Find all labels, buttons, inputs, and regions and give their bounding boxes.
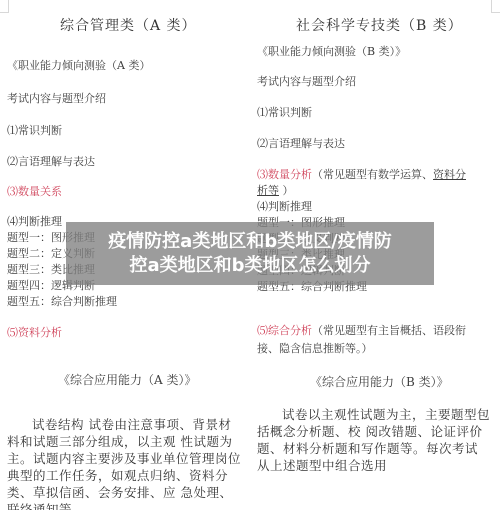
- item-quantitative-label: ⑶数量分析: [257, 168, 312, 181]
- item-comprehensive-desc: （常见题型有主旨概括、语段衔: [312, 324, 466, 337]
- exam-intro-heading: 考试内容与题型介绍: [7, 92, 106, 105]
- item-comprehensive-cont: 接、隐含信息推断等。）: [257, 342, 373, 355]
- applied-ability-a-heading: 《综合应用能力（A 类）》: [58, 374, 196, 387]
- item-data-analysis: ⑸资料分析: [7, 326, 62, 339]
- overlay-title-line2: 控a类地区和b类地区怎么划分: [129, 254, 370, 278]
- item-comprehensive-analysis: ⑸综合分析（常见题型有主旨概括、语段衔: [257, 324, 466, 337]
- title-overlay-banner: 疫情防控a类地区和b类地区/疫情防 控a类地区和b类地区怎么划分: [66, 222, 434, 285]
- item-quantitative-analysis: ⑶数量分析（常见题型有数学运算、资料分: [257, 168, 466, 181]
- applied-ability-b-text: 试卷以主观性试题为主，主要题型包括概念分析题、校 阅改错题、论证评价题、材料分析…: [257, 406, 492, 474]
- exam-intro-heading: 考试内容与题型介绍: [257, 75, 356, 88]
- item-quantitative-close: ）: [279, 184, 294, 197]
- applied-ability-b-heading: 《综合应用能力（B 类）》: [310, 376, 449, 389]
- item-reasoning: ⑷判断推理: [7, 215, 62, 228]
- applied-ability-a-text: 试卷结构 试卷由注意事项、背景材料和试题三部分组成，以主观 性试题为主。试题内容…: [7, 416, 242, 510]
- item-common-sense: ⑴常识判断: [257, 106, 312, 119]
- category-a-title: 综合管理类（A 类）: [60, 18, 197, 34]
- item-quantitative-underlined-cont: 析等: [257, 184, 279, 197]
- overlay-title-line1: 疫情防控a类地区和b类地区/疫情防: [108, 230, 392, 254]
- item-verbal: ⑵言语理解与表达: [257, 137, 345, 150]
- item-reasoning: ⑷判断推理: [257, 200, 312, 213]
- item-verbal: ⑵言语理解与表达: [7, 155, 95, 168]
- aptitude-test-a-heading: 《职业能力倾向测验（A 类）: [7, 59, 150, 72]
- item-quantitative-cont: 析等 ）: [257, 184, 294, 197]
- item-quantitative-desc: （常见题型有数学运算、: [312, 168, 433, 181]
- category-b-title: 社会科学专技类（B 类）: [296, 18, 463, 34]
- item-comprehensive-label: ⑸综合分析: [257, 324, 312, 337]
- item-common-sense: ⑴常识判断: [7, 124, 62, 137]
- aptitude-test-b-heading: 《职业能力倾向测验（B 类）》: [257, 45, 406, 58]
- type-line: 题型五：综合判断推理: [7, 295, 117, 308]
- item-quantitative-underlined: 资料分: [433, 168, 466, 181]
- item-quantitative: ⑶数量关系: [7, 185, 62, 198]
